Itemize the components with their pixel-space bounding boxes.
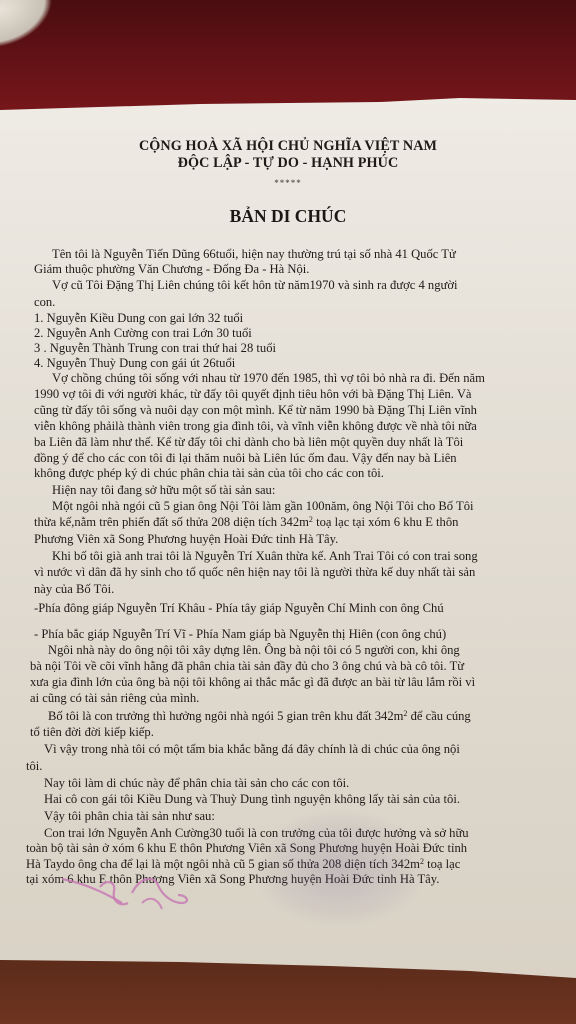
document-line: ba Liên đã làm như thế. Kể từ đấy tôi ch…	[34, 434, 463, 450]
document-line: Phương Viên xã Song Phương huyện Hoài Đứ…	[34, 531, 338, 547]
document-line: Giám thuộc phường Văn Chương - Đống Đa -…	[34, 261, 309, 277]
background-cloth-corner	[0, 0, 63, 51]
document-line: Hiện nay tôi đang sở hữu một số tài sản …	[52, 482, 275, 498]
document-line: cũng từ đấy tôi sống và nuôi dạy con một…	[34, 402, 477, 418]
document-line: 3 . Nguyễn Thành Trung con trai thứ hai …	[34, 340, 276, 356]
document-line: 1990 vợ tôi đi với người khác, từ đấy tô…	[34, 386, 472, 402]
document-line: 2. Nguyễn Anh Cường con trai Lớn 30 tuổi	[34, 325, 252, 341]
document-line: ai cũng có tài sản riêng của mình.	[30, 690, 199, 706]
national-motto: ĐỘC LẬP - TỰ DO - HẠNH PHÚC	[0, 155, 576, 171]
document-line: Hà Taydo ông cha để lại là một ngôi nhà …	[26, 856, 460, 872]
document-line: Vợ cũ Tôi Đặng Thị Liên chúng tôi kết hô…	[52, 277, 458, 293]
document-line: đồng ý để cho các con tôi đi lại thăm nu…	[34, 450, 457, 466]
document-line: tổ tiên đời đời kiếp kiếp.	[30, 724, 154, 740]
national-header: CỘNG HOÀ XÃ HỘI CHỦ NGHĨA VIỆT NAM	[0, 138, 576, 154]
document-line: xưa gia đình lớn của ông bà nội tôi khôn…	[30, 674, 475, 690]
signature	[62, 873, 192, 923]
document-line: Vậy tôi phân chia tài sản như sau:	[44, 808, 215, 824]
document-line: bà nội Tôi về cõi vĩnh hằng đã phân chia…	[30, 658, 464, 674]
document-line: không được phép ký di chúc phân chia tài…	[34, 465, 384, 481]
document-line: viễn không phảilà thành viên trong gia đ…	[34, 418, 477, 434]
document-line: Một ngôi nhà ngói cũ 5 gian ông Nội Tôi …	[52, 498, 474, 514]
document-title: BẢN DI CHÚC	[0, 208, 576, 224]
document-line: Con trai lớn Nguyễn Anh Cường30 tuổi là …	[44, 825, 469, 841]
document-line: Khi bố tôi già anh trai tôi là Nguyễn Tr…	[52, 548, 478, 564]
document-line: 4. Nguyễn Thuỳ Dung con gái út 26tuổi	[34, 355, 235, 371]
document-line: -Phía đông giáp Nguyễn Trí Khâu - Phía t…	[34, 600, 444, 616]
document-line: vì nước vì dân đã hy sinh cho tổ quốc nê…	[34, 564, 475, 580]
document-line: toàn bộ tài sản ở xóm 6 khu E thôn Phươn…	[26, 840, 467, 856]
document-line: Vì vậy trong nhà tôi có một tấm bia khắc…	[44, 741, 460, 757]
document-line: Tên tôi là Nguyễn Tiến Dũng 66tuổi, hiện…	[52, 246, 456, 262]
document-line: Vợ chồng chúng tôi sống với nhau từ 1970…	[52, 370, 485, 386]
document-line: 1. Nguyễn Kiều Dung con gai lớn 32 tuổi	[34, 310, 243, 326]
document-line: Hai cô con gái tôi Kiều Dung và Thuỳ Dun…	[44, 791, 460, 807]
document-line: tôi.	[26, 758, 42, 774]
document-line: Bố tôi là con trưởng thì hưởng ngôi nhà …	[48, 708, 471, 724]
document-line: - Phía bắc giáp Nguyễn Trí Vĩ - Phía Nam…	[34, 626, 446, 642]
document-line: thừa kế,nằm trên phiến đất số thửa 208 d…	[34, 514, 458, 530]
document-line: Nay tôi làm di chúc này để phân chia tài…	[44, 775, 349, 791]
header-stars: *****	[0, 175, 576, 191]
document-line: con.	[34, 294, 55, 310]
document-line: này của Bố Tôi.	[34, 581, 114, 597]
document-line: Ngôi nhà này do ông nội tôi xây dựng lên…	[48, 642, 460, 658]
will-document-page: CỘNG HOÀ XÃ HỘI CHỦ NGHĨA VIỆT NAM ĐỘC L…	[0, 98, 576, 978]
